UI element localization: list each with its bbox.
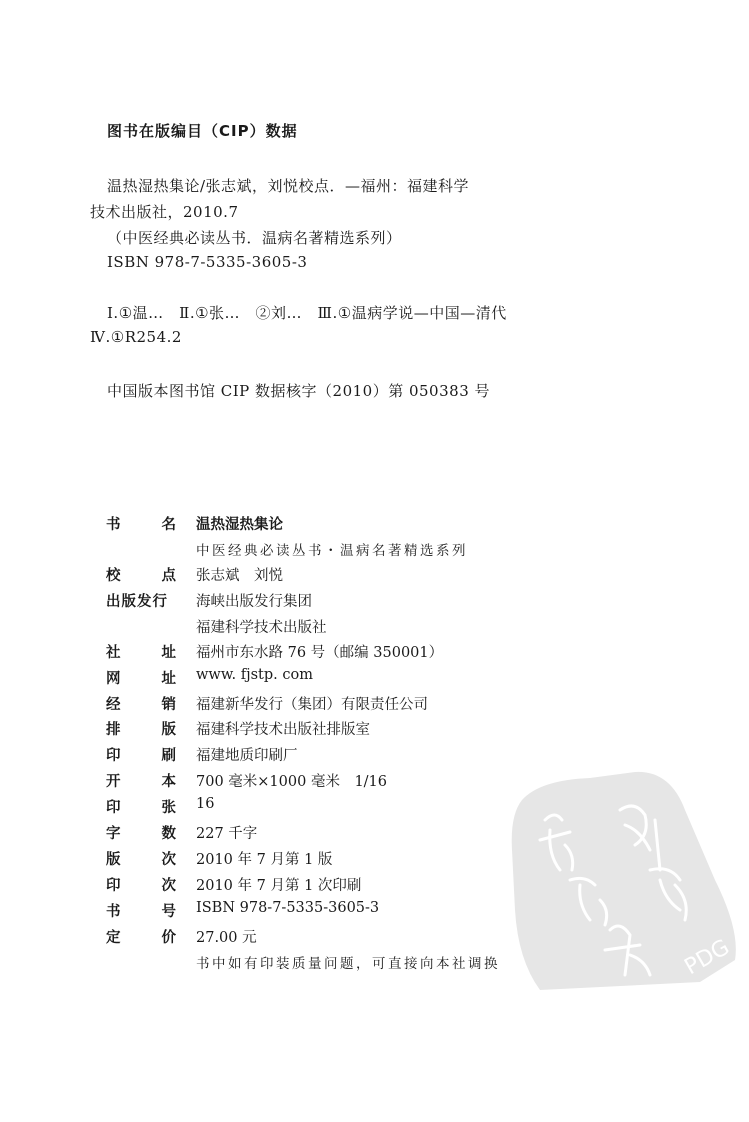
value-price: 27.00 元 (196, 926, 257, 947)
cip-record-number: 中国版本图书馆 CIP 数据核字（2010）第 050383 号 (107, 380, 490, 401)
label-char: 本 (162, 770, 177, 791)
label-publisher: 出版发行 (106, 590, 176, 611)
label-char: 次 (162, 848, 177, 869)
label-char: 址 (162, 667, 177, 688)
value-publisher-group: 海峡出版发行集团 (196, 590, 312, 611)
label-char: 社 (106, 641, 121, 662)
label-char: 网 (106, 667, 121, 688)
cip-title-line: 温热湿热集论/张志斌，刘悦校点．—福州：福建科学 (107, 175, 469, 196)
label-text: 出版发行 (106, 590, 168, 611)
value-title: 温热湿热集论 (196, 513, 283, 534)
label-char: 数 (162, 822, 177, 843)
label-char: 名 (162, 513, 177, 534)
value-editors: 张志斌 刘悦 (196, 564, 283, 585)
value-edition: 2010 年 7 月第 1 版 (196, 848, 332, 869)
label-char: 校 (106, 564, 121, 585)
label-printing: 印 次 (106, 874, 176, 895)
value-publisher: 福建科学技术出版社 (196, 616, 327, 637)
label-char: 点 (162, 564, 177, 585)
label-edition: 版 次 (106, 848, 176, 869)
cip-classification-line: Ⅰ.①温… Ⅱ.①张… ②刘… Ⅲ.①温病学说—中国—清代 (107, 302, 507, 323)
label-title: 书 名 (106, 513, 176, 534)
label-address: 社 址 (106, 641, 176, 662)
value-website: www. fjstp. com (196, 667, 313, 683)
label-word-count: 字 数 (106, 822, 176, 843)
label-char: 字 (106, 822, 121, 843)
quality-notice: 书中如有印装质量问题，可直接向本社调换 (196, 952, 500, 972)
value-series: 中医经典必读丛书・温病名著精选系列 (196, 539, 468, 559)
label-char: 号 (162, 900, 177, 921)
label-char: 排 (106, 718, 121, 739)
value-printer: 福建地质印刷厂 (196, 744, 298, 765)
label-char: 销 (162, 693, 177, 714)
label-format: 开 本 (106, 770, 176, 791)
label-website: 网 址 (106, 667, 176, 688)
label-char: 价 (162, 926, 177, 947)
value-sheets: 16 (196, 796, 214, 812)
label-char: 张 (162, 796, 177, 817)
value-typesetting: 福建科学技术出版社排版室 (196, 718, 370, 739)
label-char: 经 (106, 693, 121, 714)
value-word-count: 227 千字 (196, 822, 257, 843)
label-sheets: 印 张 (106, 796, 176, 817)
label-char: 书 (106, 900, 121, 921)
pdg-watermark-seal: PDG (500, 760, 749, 990)
cip-publisher-line: 技术出版社，2010.7 (90, 201, 239, 222)
value-format: 700 毫米×1000 毫米 1/16 (196, 770, 387, 791)
value-isbn: ISBN 978-7-5335-3605-3 (196, 900, 379, 916)
cip-classification-code: Ⅳ.①R254.2 (90, 328, 182, 346)
label-char: 刷 (162, 744, 177, 765)
value-address: 福州市东水路 76 号（邮编 350001） (196, 641, 443, 662)
label-char: 址 (162, 641, 177, 662)
label-char: 版 (106, 848, 121, 869)
label-printer: 印 刷 (106, 744, 176, 765)
label-price: 定 价 (106, 926, 176, 947)
value-printing: 2010 年 7 月第 1 次印刷 (196, 874, 361, 895)
label-char: 版 (162, 718, 177, 739)
label-char: 开 (106, 770, 121, 791)
label-char: 次 (162, 874, 177, 895)
label-distributor: 经 销 (106, 693, 176, 714)
cip-series-line: （中医经典必读丛书．温病名著精选系列） (107, 227, 402, 248)
cip-heading: 图书在版编目（CIP）数据 (107, 120, 298, 141)
label-char: 印 (106, 796, 121, 817)
label-char: 印 (106, 744, 121, 765)
label-char: 印 (106, 874, 121, 895)
label-typesetting: 排 版 (106, 718, 176, 739)
seal-icon: PDG (500, 760, 749, 990)
label-editors: 校 点 (106, 564, 176, 585)
label-char: 定 (106, 926, 121, 947)
label-isbn: 书 号 (106, 900, 176, 921)
label-char: 书 (106, 513, 121, 534)
value-distributor: 福建新华发行（集团）有限责任公司 (196, 693, 428, 714)
cip-isbn-line: ISBN 978-7-5335-3605-3 (107, 253, 307, 271)
